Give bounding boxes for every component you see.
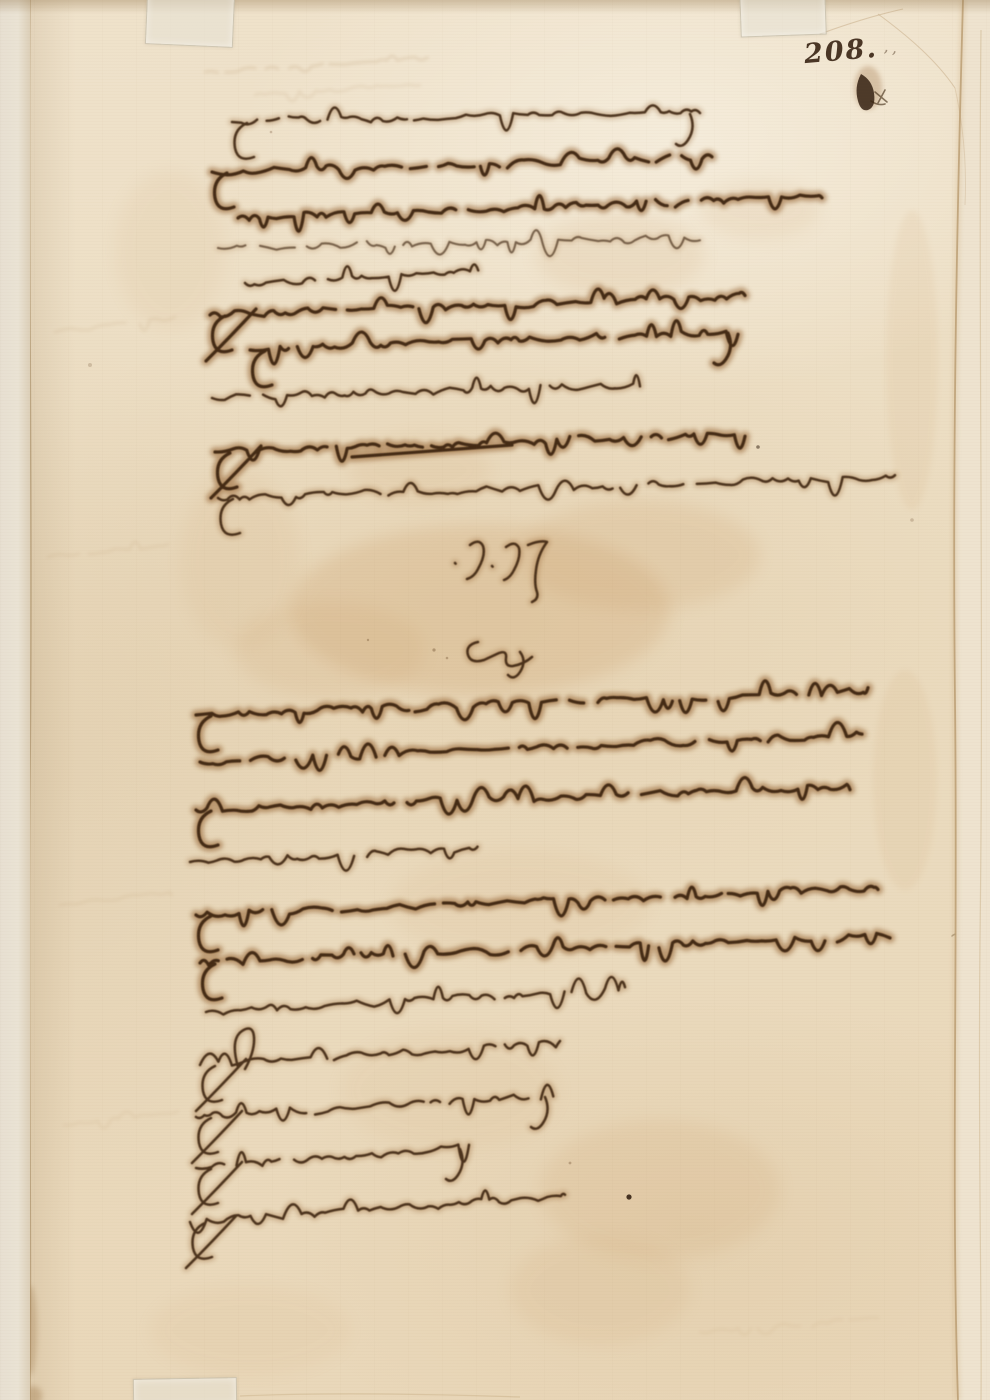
ink-spot	[88, 363, 92, 367]
bleedthrough-line	[48, 542, 168, 557]
stain	[535, 213, 705, 297]
ink-spot	[569, 1162, 572, 1165]
handwriting-line-halo	[200, 722, 862, 770]
stain	[886, 210, 938, 510]
stain	[510, 1235, 690, 1345]
stain	[520, 500, 760, 610]
handwriting-line-halo	[206, 977, 625, 1014]
tape-fragment	[133, 1377, 237, 1400]
bleedthrough-line	[60, 892, 172, 905]
bleedthrough-line	[700, 1318, 878, 1335]
stray-ink-mark: ’’	[880, 47, 900, 70]
manuscript-art-layer	[0, 0, 990, 1400]
ink-spot	[910, 518, 914, 522]
corner-crease	[820, 9, 903, 34]
stain	[115, 170, 225, 330]
binding-edge	[0, 0, 30, 1400]
ink-spot	[367, 639, 369, 641]
ink-spot	[626, 1194, 631, 1199]
bleedthrough-line	[255, 85, 420, 101]
ink-spot	[270, 131, 273, 134]
manuscript-scan: 208. ’’	[0, 0, 990, 1400]
handwriting-line	[212, 375, 640, 406]
page-number: 208.	[803, 33, 879, 70]
tape-fragment	[145, 0, 235, 48]
stain	[700, 180, 820, 240]
stain	[150, 1285, 350, 1375]
handwriting-line	[186, 1191, 565, 1268]
page-edges	[954, 0, 990, 1400]
ink-spot	[446, 657, 449, 660]
bleedthrough-line	[205, 56, 428, 72]
paper-stains	[115, 170, 938, 1375]
tape-fragment	[739, 0, 827, 37]
bleedthrough-line	[64, 1112, 178, 1129]
handwriting-line-halo	[250, 321, 738, 387]
handwriting-line-halo	[245, 264, 478, 290]
ink-spot	[432, 648, 435, 651]
bottom-edge-shadow	[240, 1394, 520, 1397]
stain	[873, 670, 937, 890]
ink-spot	[756, 445, 760, 449]
